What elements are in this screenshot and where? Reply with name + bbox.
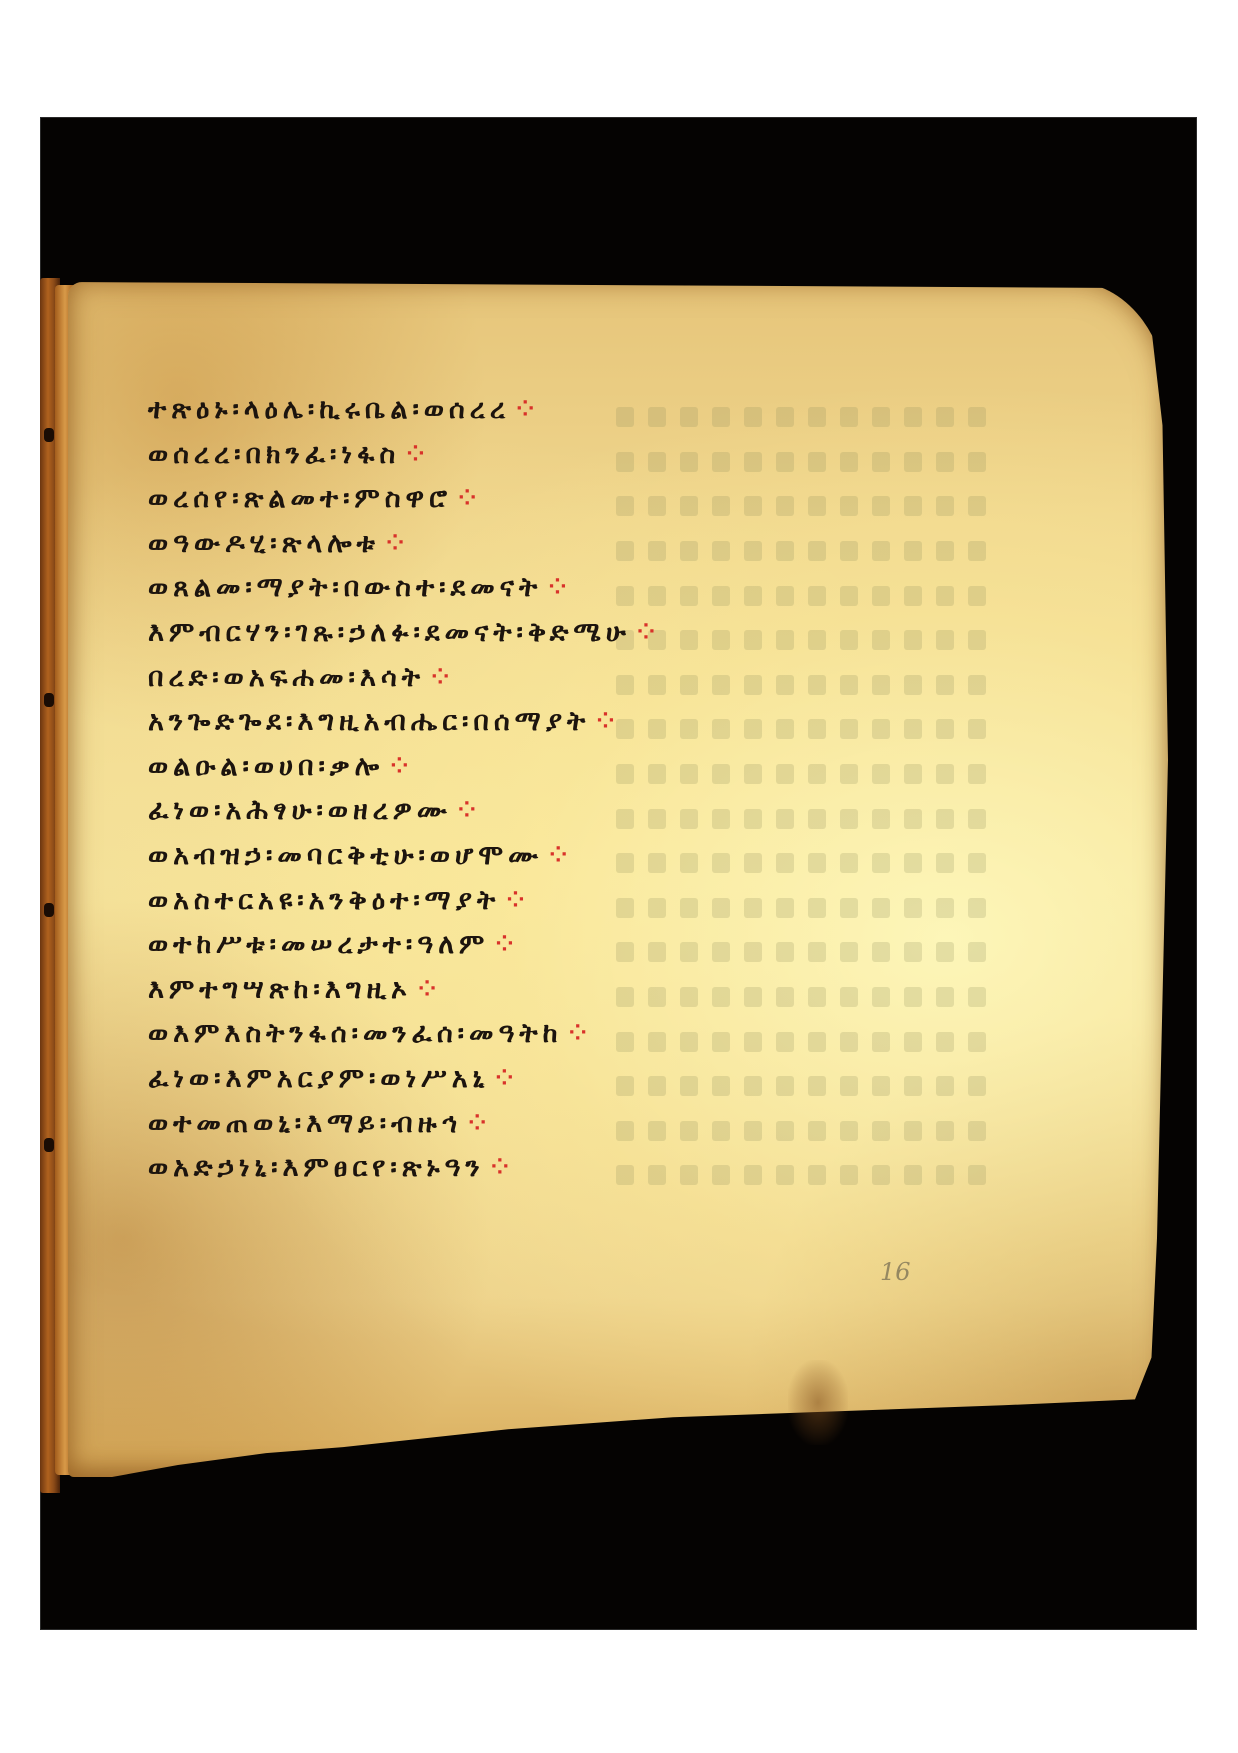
line-text: ወልዑል፡ወሀበ፡ቃሎ — [148, 745, 384, 790]
text-line: ወተመጠወኒ፡እማይ፡ብዙኅ⁘ — [148, 1102, 868, 1147]
rubric-separator-icon: ⁘ — [495, 1057, 513, 1102]
rubric-separator-icon: ⁘ — [516, 388, 534, 433]
line-text: እምብርሃን፡ገጹ፡ኃለፉ፡ደመናት፡ቅድሜሁ — [148, 611, 631, 656]
line-text: ፈነወ፡አሕፃሁ፡ወዘረዎሙ — [148, 789, 452, 834]
line-text: ወረሰየ፡ጽልመተ፡ምስዋሮ — [148, 477, 452, 522]
line-text: ወተመጠወኒ፡እማይ፡ብዙኅ — [148, 1102, 462, 1147]
rubric-separator-icon: ⁘ — [548, 566, 566, 611]
rubric-separator-icon: ⁘ — [458, 789, 476, 834]
line-text: ወተከሥቱ፡መሠረታተ፡ዓለም — [148, 923, 489, 968]
text-line: ወጸልመ፡ማያት፡በውስተ፡ደመናት⁘ — [148, 566, 868, 611]
binding-stitch — [44, 693, 54, 707]
rubric-separator-icon: ⁘ — [596, 700, 614, 745]
rubric-separator-icon: ⁘ — [468, 1102, 486, 1147]
text-line: ወረሰየ፡ጽልመተ፡ምስዋሮ⁘ — [148, 477, 868, 522]
text-line: ወአድኃነኒ፡እምፀርየ፡ጽኑዓን⁘ — [148, 1146, 868, 1191]
line-text: ፈነወ፡እምአርያም፡ወነሥአኒ — [148, 1057, 489, 1102]
rubric-separator-icon: ⁘ — [491, 1146, 509, 1191]
rubric-separator-icon: ⁘ — [495, 923, 513, 968]
text-line: አንጐድጐደ፡እግዚአብሔር፡በሰማያት⁘ — [148, 700, 868, 745]
text-line: ፈነወ፡አሕፃሁ፡ወዘረዎሙ⁘ — [148, 789, 868, 834]
rubric-separator-icon: ⁘ — [386, 522, 404, 567]
binding-stitch — [44, 903, 54, 917]
line-text: ወአብዝኃ፡መባርቅቲሁ፡ወሆሞሙ — [148, 834, 543, 879]
text-line: እምብርሃን፡ገጹ፡ኃለፉ፡ደመናት፡ቅድሜሁ⁘ — [148, 611, 868, 656]
line-text: ወእምእስትንፋሰ፡መንፈሰ፡መዓትከ — [148, 1012, 563, 1057]
page-stain — [788, 1360, 848, 1445]
line-text: አንጐድጐደ፡እግዚአብሔር፡በሰማያት — [148, 700, 590, 745]
line-text: ወጸልመ፡ማያት፡በውስተ፡ደመናት — [148, 566, 542, 611]
line-text: ወአድኃነኒ፡እምፀርየ፡ጽኑዓን — [148, 1146, 485, 1191]
folio-number: 16 — [880, 1258, 911, 1286]
binding-stitch — [44, 428, 54, 442]
rubric-separator-icon: ⁘ — [506, 879, 524, 924]
text-line: ተጽዕኑ፡ላዕሌ፡ኪሩቤል፡ወሰረረ⁘ — [148, 388, 868, 433]
line-text: ወአስተርአዩ፡አንቅዕተ፡ማያት — [148, 879, 500, 924]
line-text: እምተግሣጽከ፡እግዚኦ — [148, 968, 412, 1013]
rubric-separator-icon: ⁘ — [390, 745, 408, 790]
line-text: ወዓውዶሂ፡ጽላሎቱ — [148, 522, 380, 567]
text-line: እምተግሣጽከ፡እግዚኦ⁘ — [148, 968, 868, 1013]
rubric-separator-icon: ⁘ — [406, 433, 424, 478]
text-line: በረድ፡ወአፍሐመ፡እሳት⁘ — [148, 656, 868, 701]
rubric-separator-icon: ⁘ — [458, 477, 476, 522]
text-line: ወልዑል፡ወሀበ፡ቃሎ⁘ — [148, 745, 868, 790]
text-line: ወዓውዶሂ፡ጽላሎቱ⁘ — [148, 522, 868, 567]
text-line: ወሰረረ፡በክንፈ፡ነፋስ⁘ — [148, 433, 868, 478]
rubric-separator-icon: ⁘ — [418, 968, 436, 1013]
line-text: ተጽዕኑ፡ላዕሌ፡ኪሩቤል፡ወሰረረ — [148, 388, 510, 433]
rubric-separator-icon: ⁘ — [431, 656, 449, 701]
rubric-separator-icon: ⁘ — [549, 834, 567, 879]
line-text: ወሰረረ፡በክንፈ፡ነፋስ — [148, 433, 400, 478]
rubric-separator-icon: ⁘ — [637, 611, 655, 656]
text-line: ፈነወ፡እምአርያም፡ወነሥአኒ⁘ — [148, 1057, 868, 1102]
rubric-separator-icon: ⁘ — [569, 1012, 587, 1057]
text-line: ወአብዝኃ፡መባርቅቲሁ፡ወሆሞሙ⁘ — [148, 834, 868, 879]
text-line: ወተከሥቱ፡መሠረታተ፡ዓለም⁘ — [148, 923, 868, 968]
line-text: በረድ፡ወአፍሐመ፡እሳት — [148, 656, 425, 701]
text-line: ወእምእስትንፋሰ፡መንፈሰ፡መዓትከ⁘ — [148, 1012, 868, 1057]
manuscript-text: ተጽዕኑ፡ላዕሌ፡ኪሩቤል፡ወሰረረ⁘ ወሰረረ፡በክንፈ፡ነፋስ⁘ ወረሰየ፡… — [148, 388, 868, 1191]
text-line: ወአስተርአዩ፡አንቅዕተ፡ማያት⁘ — [148, 879, 868, 924]
binding-stitch — [44, 1138, 54, 1152]
